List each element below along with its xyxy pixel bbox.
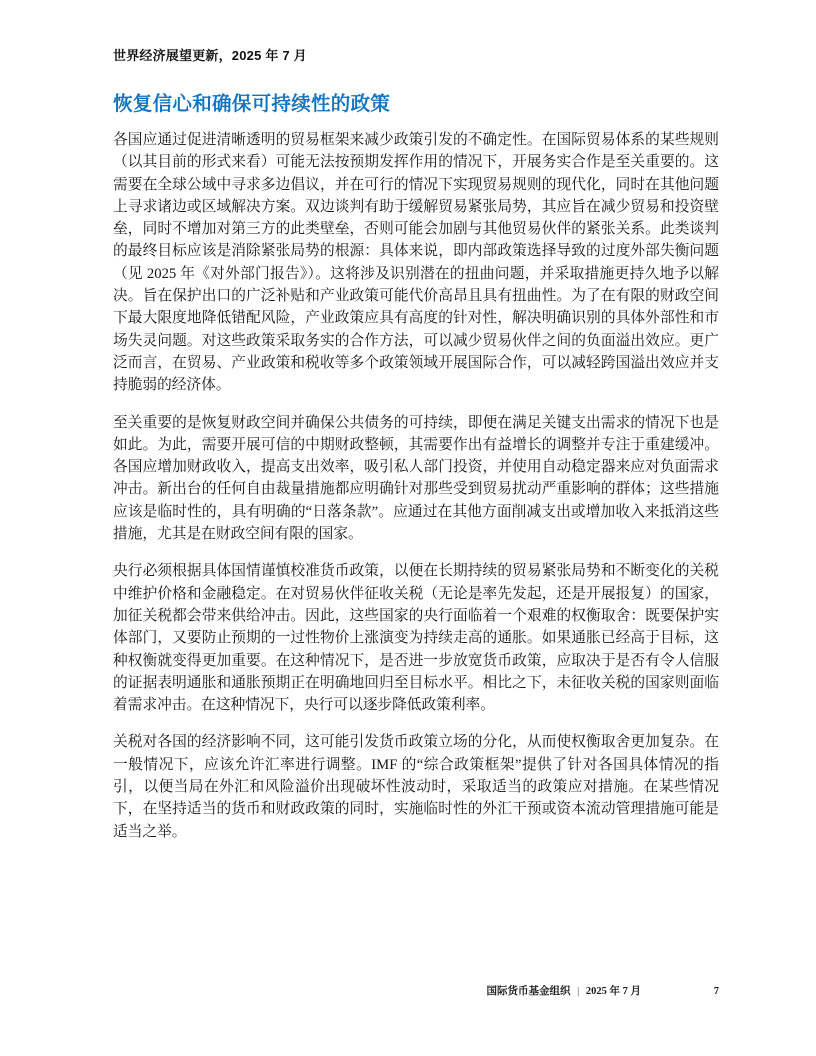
paragraph-exchange-rate-policy: 关税对各国的经济影响不同，这可能引发货币政策立场的分化，从而使权衡取舍更加复杂。… [113, 731, 719, 842]
footer-date: 2025 年 7 月 [586, 986, 641, 997]
page-number: 7 [711, 986, 719, 997]
page-footer: 国际货币基金组织 | 2025 年 7 月 7 [113, 983, 719, 998]
body-text: 各国应通过促进清晰透明的贸易框架来减少政策引发的不确定性。在国际贸易体系的某些规… [113, 129, 719, 858]
section-title: 恢复信心和确保可持续性的政策 [113, 88, 719, 116]
footer-text: 国际货币基金组织 | 2025 年 7 月 [487, 983, 641, 998]
paragraph-trade-policy: 各国应通过促进清晰透明的贸易框架来减少政策引发的不确定性。在国际贸易体系的某些规… [113, 129, 719, 397]
document-page: 世界经济展望更新，2025 年 7 月 恢复信心和确保可持续性的政策 各国应通过… [0, 0, 816, 1056]
paragraph-fiscal-policy: 至关重要的是恢复财政空间并确保公共债务的可持续，即便在满足关键支出需求的情况下也… [113, 412, 719, 546]
footer-separator: | [573, 986, 583, 997]
footer-organization: 国际货币基金组织 [487, 986, 571, 997]
running-header: 世界经济展望更新，2025 年 7 月 [113, 45, 719, 64]
paragraph-monetary-policy: 央行必须根据具体国情谨慎校准货币政策，以便在长期持续的贸易紧张局势和不断变化的关… [113, 560, 719, 716]
